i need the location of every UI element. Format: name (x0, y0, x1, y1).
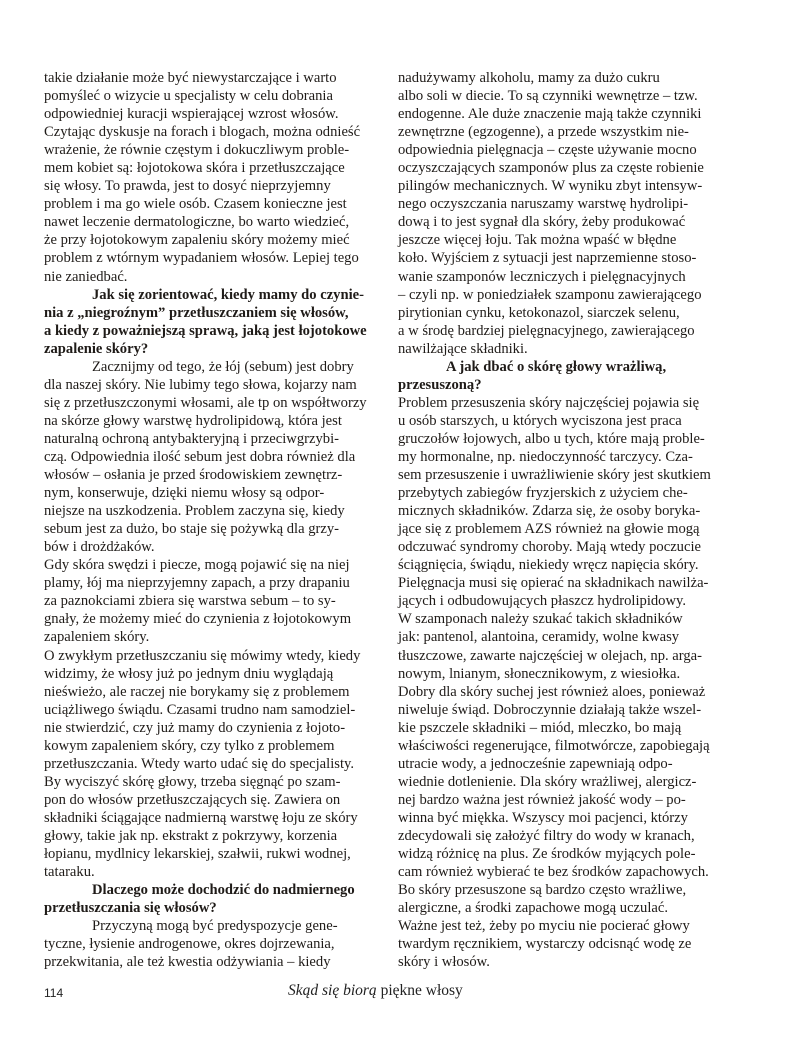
section-heading-line: przesuszoną? (398, 376, 770, 394)
book-title-regular: piękne włosy (377, 982, 463, 999)
text-line: nieświeżo, ale raczej nie borykamy się z… (44, 683, 384, 701)
text-line: wrażenie, że równie częstym i dokuczliwy… (44, 141, 384, 159)
text-line: się z przetłuszczonymi włosami, ale tp o… (44, 394, 384, 412)
section-heading-line: Jak się zorientować, kiedy mamy do czyni… (44, 286, 384, 304)
text-line: niejsze na uszkodzenia. Problem zaczyna … (44, 502, 384, 520)
text-line: winna być miękka. Wszyscy moi pacjenci, … (398, 809, 770, 827)
text-line: Pielęgnacja musi się opierać na składnik… (398, 574, 770, 592)
text-line: utracie wody, a jednocześnie zapewniają … (398, 755, 770, 773)
text-line: O zwykłym przetłuszczaniu się mówimy wte… (44, 647, 384, 665)
text-line: uciążliwego świądu. Czasami trudno nam s… (44, 701, 384, 719)
text-line: tataraku. (44, 863, 384, 881)
text-line: nowym, lnianym, słonecznikowym, z wiesio… (398, 665, 770, 683)
text-line: oczyszczających szamponów plus za częste… (398, 159, 770, 177)
text-line: gruczołów łojowych, albo u tych, które m… (398, 430, 770, 448)
text-line: zdecydowali się założyć filtry do wody w… (398, 827, 770, 845)
text-line: tyczne, łysienie androgenowe, okres dojr… (44, 935, 384, 953)
text-line: Dobry dla skóry suchej jest również aloe… (398, 683, 770, 701)
text-line: problem z wtórnym wypadaniem włosów. Lep… (44, 249, 384, 267)
text-line: wanie szamponów leczniczych i pielęgnacy… (398, 268, 770, 286)
text-line: Ważne jest też, żeby po myciu nie pocier… (398, 917, 770, 935)
text-line: nego oczyszczania naruszamy warstwę hydr… (398, 195, 770, 213)
text-line: naturalną ochroną antybakteryjną i przec… (44, 430, 384, 448)
text-line: cam również wybierać te bez środków zapa… (398, 863, 770, 881)
text-line: alergiczne, a środki zapachowe mogą uczu… (398, 899, 770, 917)
text-line: nie stwierdzić, czy już mamy do czynieni… (44, 719, 384, 737)
left-column: takie działanie może być niewystarczając… (44, 69, 384, 971)
text-line: u osób starszych, u których wyciszona je… (398, 412, 770, 430)
text-line: sebum jest za dużo, bo staje się pożywką… (44, 520, 384, 538)
text-line: plamy, łój ma nieprzyjemny zapach, a prz… (44, 574, 384, 592)
text-line: nie zaniedbać. (44, 268, 384, 286)
text-line: głowy, takie jak np. ekstrakt z pokrzywy… (44, 827, 384, 845)
text-line: albo soli w diecie. To są czynniki wewnę… (398, 87, 770, 105)
text-line: Bo skóry przesuszone są bardzo często wr… (398, 881, 770, 899)
text-line: odpowiedniej kuracji wspierającej wzrost… (44, 105, 384, 123)
text-line: Czytając dyskusje na forach i blogach, m… (44, 123, 384, 141)
text-line: właściwości regenerujące, filmotwórcze, … (398, 737, 770, 755)
text-line: dową i to jest sygnał dla skóry, żeby pr… (398, 213, 770, 231)
text-line: zewnętrzne (egzogenne), a przede wszystk… (398, 123, 770, 141)
text-line: bów i drożdżaków. (44, 538, 384, 556)
text-line: pomyśleć o wizycie u specjalisty w celu … (44, 87, 384, 105)
text-line: nawilżające składniki. (398, 340, 770, 358)
text-line: zapaleniem skóry. (44, 628, 384, 646)
text-line: przekwitania, ale też kwestia odżywiania… (44, 953, 384, 971)
text-line: się włosy. To prawda, jest to dosyć niep… (44, 177, 384, 195)
text-line: sem przesuszenie i uwrażliwienie skóry j… (398, 466, 770, 484)
text-line: koło. Wyjściem z sytuacji jest naprzemie… (398, 249, 770, 267)
text-line: mem kobiet są: łojotokowa skóra i przetł… (44, 159, 384, 177)
text-line: kie pszczele składniki – miód, mleczko, … (398, 719, 770, 737)
text-line: nym, konserwuje, dzięki niemu włosy są o… (44, 484, 384, 502)
running-footer-title: Skąd się biorą piękne włosy (288, 982, 463, 1000)
text-line: nej bardzo ważna jest również jakość wod… (398, 791, 770, 809)
section-heading-line: Dlaczego może dochodzić do nadmiernego (44, 881, 384, 899)
text-line: jących i odbudowujących płaszcz hydrolip… (398, 592, 770, 610)
section-heading-line: A jak dbać o skórę głowy wrażliwą, (398, 358, 770, 376)
text-line: pon do włosów przetłuszczających się. Za… (44, 791, 384, 809)
text-line: widzą różnicę na plus. Ze środków myjący… (398, 845, 770, 863)
text-line: pirytionian cynku, ketokonazol, siarczek… (398, 304, 770, 322)
page-number: 114 (44, 986, 63, 1000)
text-line: By wyciszyć skórę głowy, trzeba sięgnąć … (44, 773, 384, 791)
text-line: przebytych zabiegów fryzjerskich z użyci… (398, 484, 770, 502)
text-line: odpowiednia pielęgnacja – częste używani… (398, 141, 770, 159)
text-line: jące się z problemem AZS również na głow… (398, 520, 770, 538)
text-line: W szamponach należy szukać takich składn… (398, 610, 770, 628)
text-line: niweluje świąd. Dobroczynnie działają ta… (398, 701, 770, 719)
text-line: odczuwać syndromy choroby. Mają wtedy po… (398, 538, 770, 556)
text-line: kowym zapaleniem skóry, czy tylko z prob… (44, 737, 384, 755)
text-line: Zacznijmy od tego, że łój (sebum) jest d… (44, 358, 384, 376)
text-line: przetłuszczania. Wtedy warto udać się do… (44, 755, 384, 773)
text-line: Przyczyną mogą być predyspozycje gene- (44, 917, 384, 935)
text-line: skóry i włosów. (398, 953, 770, 971)
text-line: – czyli np. w poniedziałek szamponu zawi… (398, 286, 770, 304)
text-line: wiednie dotlenienie. Dla skóry wrażliwej… (398, 773, 770, 791)
text-line: że przy łojotokowym zapaleniu skóry może… (44, 231, 384, 249)
text-line: włosów – osłania je przed środowiskiem z… (44, 466, 384, 484)
section-heading-line: zapalenie skóry? (44, 340, 384, 358)
text-line: widzimy, że włosy już po jednym dniu wyg… (44, 665, 384, 683)
text-line: endogenne. Ale duże znaczenie mają także… (398, 105, 770, 123)
text-line: ściągnięcia, świądu, niekiedy wręcz napi… (398, 556, 770, 574)
text-line: jeszcze więcej łoju. Tak można wpaść w b… (398, 231, 770, 249)
text-line: jak: pantenol, alantoina, ceramidy, woln… (398, 628, 770, 646)
text-line: tłuszczowe, zawarte najczęściej w olejac… (398, 647, 770, 665)
text-line: dla naszej skóry. Nie lubimy tego słowa,… (44, 376, 384, 394)
text-line: składniki ściągające nadmierną warstwę ł… (44, 809, 384, 827)
text-line: nawet leczenie dermatologiczne, bo warto… (44, 213, 384, 231)
section-heading-line: a kiedy z poważniejszą sprawą, jaką jest… (44, 322, 384, 340)
right-column: nadużywamy alkoholu, mamy za dużo cukrua… (398, 69, 770, 971)
text-line: na skórze głowy warstwę hydrolipidową, k… (44, 412, 384, 430)
text-line: micznych składników. Zdarza się, że osob… (398, 502, 770, 520)
text-line: takie działanie może być niewystarczając… (44, 69, 384, 87)
text-line: Problem przesuszenia skóry najczęściej p… (398, 394, 770, 412)
book-title-italic: Skąd się biorą (288, 982, 377, 999)
text-line: łopianu, mydlnicy lekarskiej, szałwii, r… (44, 845, 384, 863)
text-line: problem i ma go wiele osób. Czasem konie… (44, 195, 384, 213)
text-line: nadużywamy alkoholu, mamy za dużo cukru (398, 69, 770, 87)
text-line: czą. Odpowiednia ilość sebum jest dobra … (44, 448, 384, 466)
text-line: Gdy skóra swędzi i piecze, mogą pojawić … (44, 556, 384, 574)
section-heading-line: przetłuszczania się włosów? (44, 899, 384, 917)
text-line: a w środę bardziej pielęgnacyjnego, zawi… (398, 322, 770, 340)
text-line: my hormonalne, np. niedoczynność tarczyc… (398, 448, 770, 466)
text-line: twardym ręcznikiem, wystarczy odcisnąć w… (398, 935, 770, 953)
text-line: za paznokciami zbiera się warstwa sebum … (44, 592, 384, 610)
text-line: gnały, że możemy mieć do czynienia z łoj… (44, 610, 384, 628)
text-line: pilingów mechanicznych. W wyniku zbyt in… (398, 177, 770, 195)
section-heading-line: nia z „niegroźnym” przetłuszczaniem się … (44, 304, 384, 322)
